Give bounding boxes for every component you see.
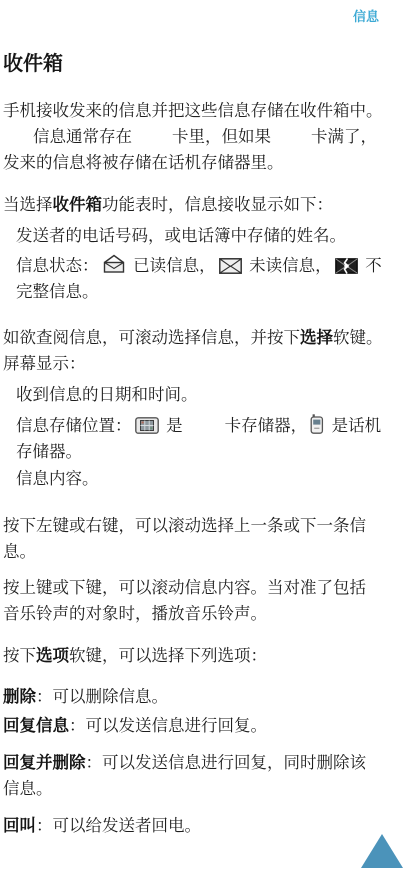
bold-text-run: 回叫 [3, 817, 36, 835]
bold-text-run: 删除 [3, 688, 36, 706]
text-run: 软键，可以选择下列选项： [69, 647, 267, 665]
option-callback: 回叫：可以给发送者回电。 [3, 813, 403, 839]
text-run: 手机接收发来的信息并把这些信息存储在收件箱中。 [3, 102, 383, 120]
text-run: 如欲查阅信息，可滚动选择信息，并按下 [3, 329, 300, 347]
page-header-label: 信息 [353, 6, 379, 25]
para-view-message: 如欲查阅信息，可滚动选择信息，并按下选择软键。屏幕显示： [3, 325, 403, 377]
text-run: 功能表时，信息接收显示如下： [102, 196, 333, 214]
blank-gap [271, 141, 311, 142]
text-run: 信息内容。 [16, 470, 99, 488]
bold-text-run: 回复并删除 [3, 754, 86, 772]
page-title: 收件箱 [3, 51, 63, 77]
sim-card-icon [135, 417, 159, 434]
text-run: 屏幕显示： [3, 355, 86, 373]
text-run: ：可以删除信息。 [36, 688, 168, 706]
text-run: 不 [361, 257, 382, 275]
text-run: 按下 [3, 647, 36, 665]
para-select-inbox: 当选择收件箱功能表时，信息接收显示如下： [3, 192, 403, 218]
text-run: 卡里，但如果 [172, 128, 271, 146]
text-run: 当选择 [3, 196, 53, 214]
text-run: 发来的信息将被存储在话机存储器里。 [3, 154, 284, 172]
envelope-closed-icon [219, 258, 242, 274]
item-sender: 发送者的电话号码，或电话簿中存储的姓名。 [16, 223, 404, 249]
text-run: 发送者的电话号码，或电话簿中存储的姓名。 [16, 227, 346, 245]
phone-icon [310, 414, 324, 434]
text-run: 信息存储位置： [16, 417, 132, 435]
text-run: 是 [162, 417, 183, 435]
corner-triangle-marker [361, 834, 403, 868]
manual-page: { "page": { "header_label": "信息", "title… [0, 0, 407, 872]
para-up-down-keys: 按上键或下键，可以滚动信息内容。当对准了包括音乐铃声的对象时，播放音乐铃声。 [3, 575, 403, 627]
text-run: 卡存储器， [225, 417, 308, 435]
text-run: ：可以给发送者回电。 [36, 817, 201, 835]
bold-text-run: 收件箱 [53, 196, 103, 214]
text-run: 按上键或下键，可以滚动信息内容。当对准了包括 [3, 579, 366, 597]
bold-text-run: 回复信息 [3, 717, 69, 735]
blank-gap [3, 141, 33, 142]
item-datetime: 收到信息的日期和时间。 [16, 382, 404, 408]
envelope-broken-icon [335, 258, 358, 274]
item-status: 信息状态： 已读信息， 未读信息， 不完整信息。 [16, 253, 404, 305]
bold-text-run: 选择 [300, 329, 333, 347]
bold-text-run: 选项 [36, 647, 69, 665]
option-delete: 删除：可以删除信息。 [3, 684, 403, 710]
para-intro: 手机接收发来的信息并把这些信息存储在收件箱中。信息通常存在卡里，但如果卡满了，发… [3, 98, 403, 176]
text-run: 音乐铃声的对象时，播放音乐铃声。 [3, 605, 267, 623]
text-run: 按下左键或右键，可以滚动选择上一条或下一条信 [3, 517, 366, 535]
text-run: 存储器。 [16, 443, 82, 461]
text-run: ：可以发送信息进行回复，同时删除该 [86, 754, 367, 772]
blank-gap [132, 141, 172, 142]
text-run: 收到信息的日期和时间。 [16, 386, 198, 404]
text-run: 完整信息。 [16, 283, 99, 301]
text-run: 信息状态： [16, 257, 99, 275]
blank-gap [183, 430, 225, 431]
option-reply: 回复信息：可以发送信息进行回复。 [3, 713, 403, 739]
text-run: 软键。 [333, 329, 383, 347]
text-run: 未读信息， [245, 257, 332, 275]
item-message-content: 信息内容。 [16, 466, 404, 492]
para-left-right-keys: 按下左键或右键，可以滚动选择上一条或下一条信息。 [3, 513, 403, 565]
para-options-softkey: 按下选项软键，可以选择下列选项： [3, 643, 403, 669]
text-run: 息。 [3, 543, 36, 561]
text-run: 信息。 [3, 780, 53, 798]
text-run: 是话机 [327, 417, 381, 435]
option-reply-and-delete: 回复并删除：可以发送信息进行回复，同时删除该信息。 [3, 750, 403, 802]
text-run: 卡满了， [311, 128, 377, 146]
text-run: ：可以发送信息进行回复。 [69, 717, 267, 735]
item-storage-location: 信息存储位置： 是卡存储器， 是话机存储器。 [16, 413, 404, 465]
text-run: 已读信息， [129, 257, 216, 275]
envelope-open-icon [102, 254, 126, 274]
text-run: 信息通常存在 [33, 128, 132, 146]
